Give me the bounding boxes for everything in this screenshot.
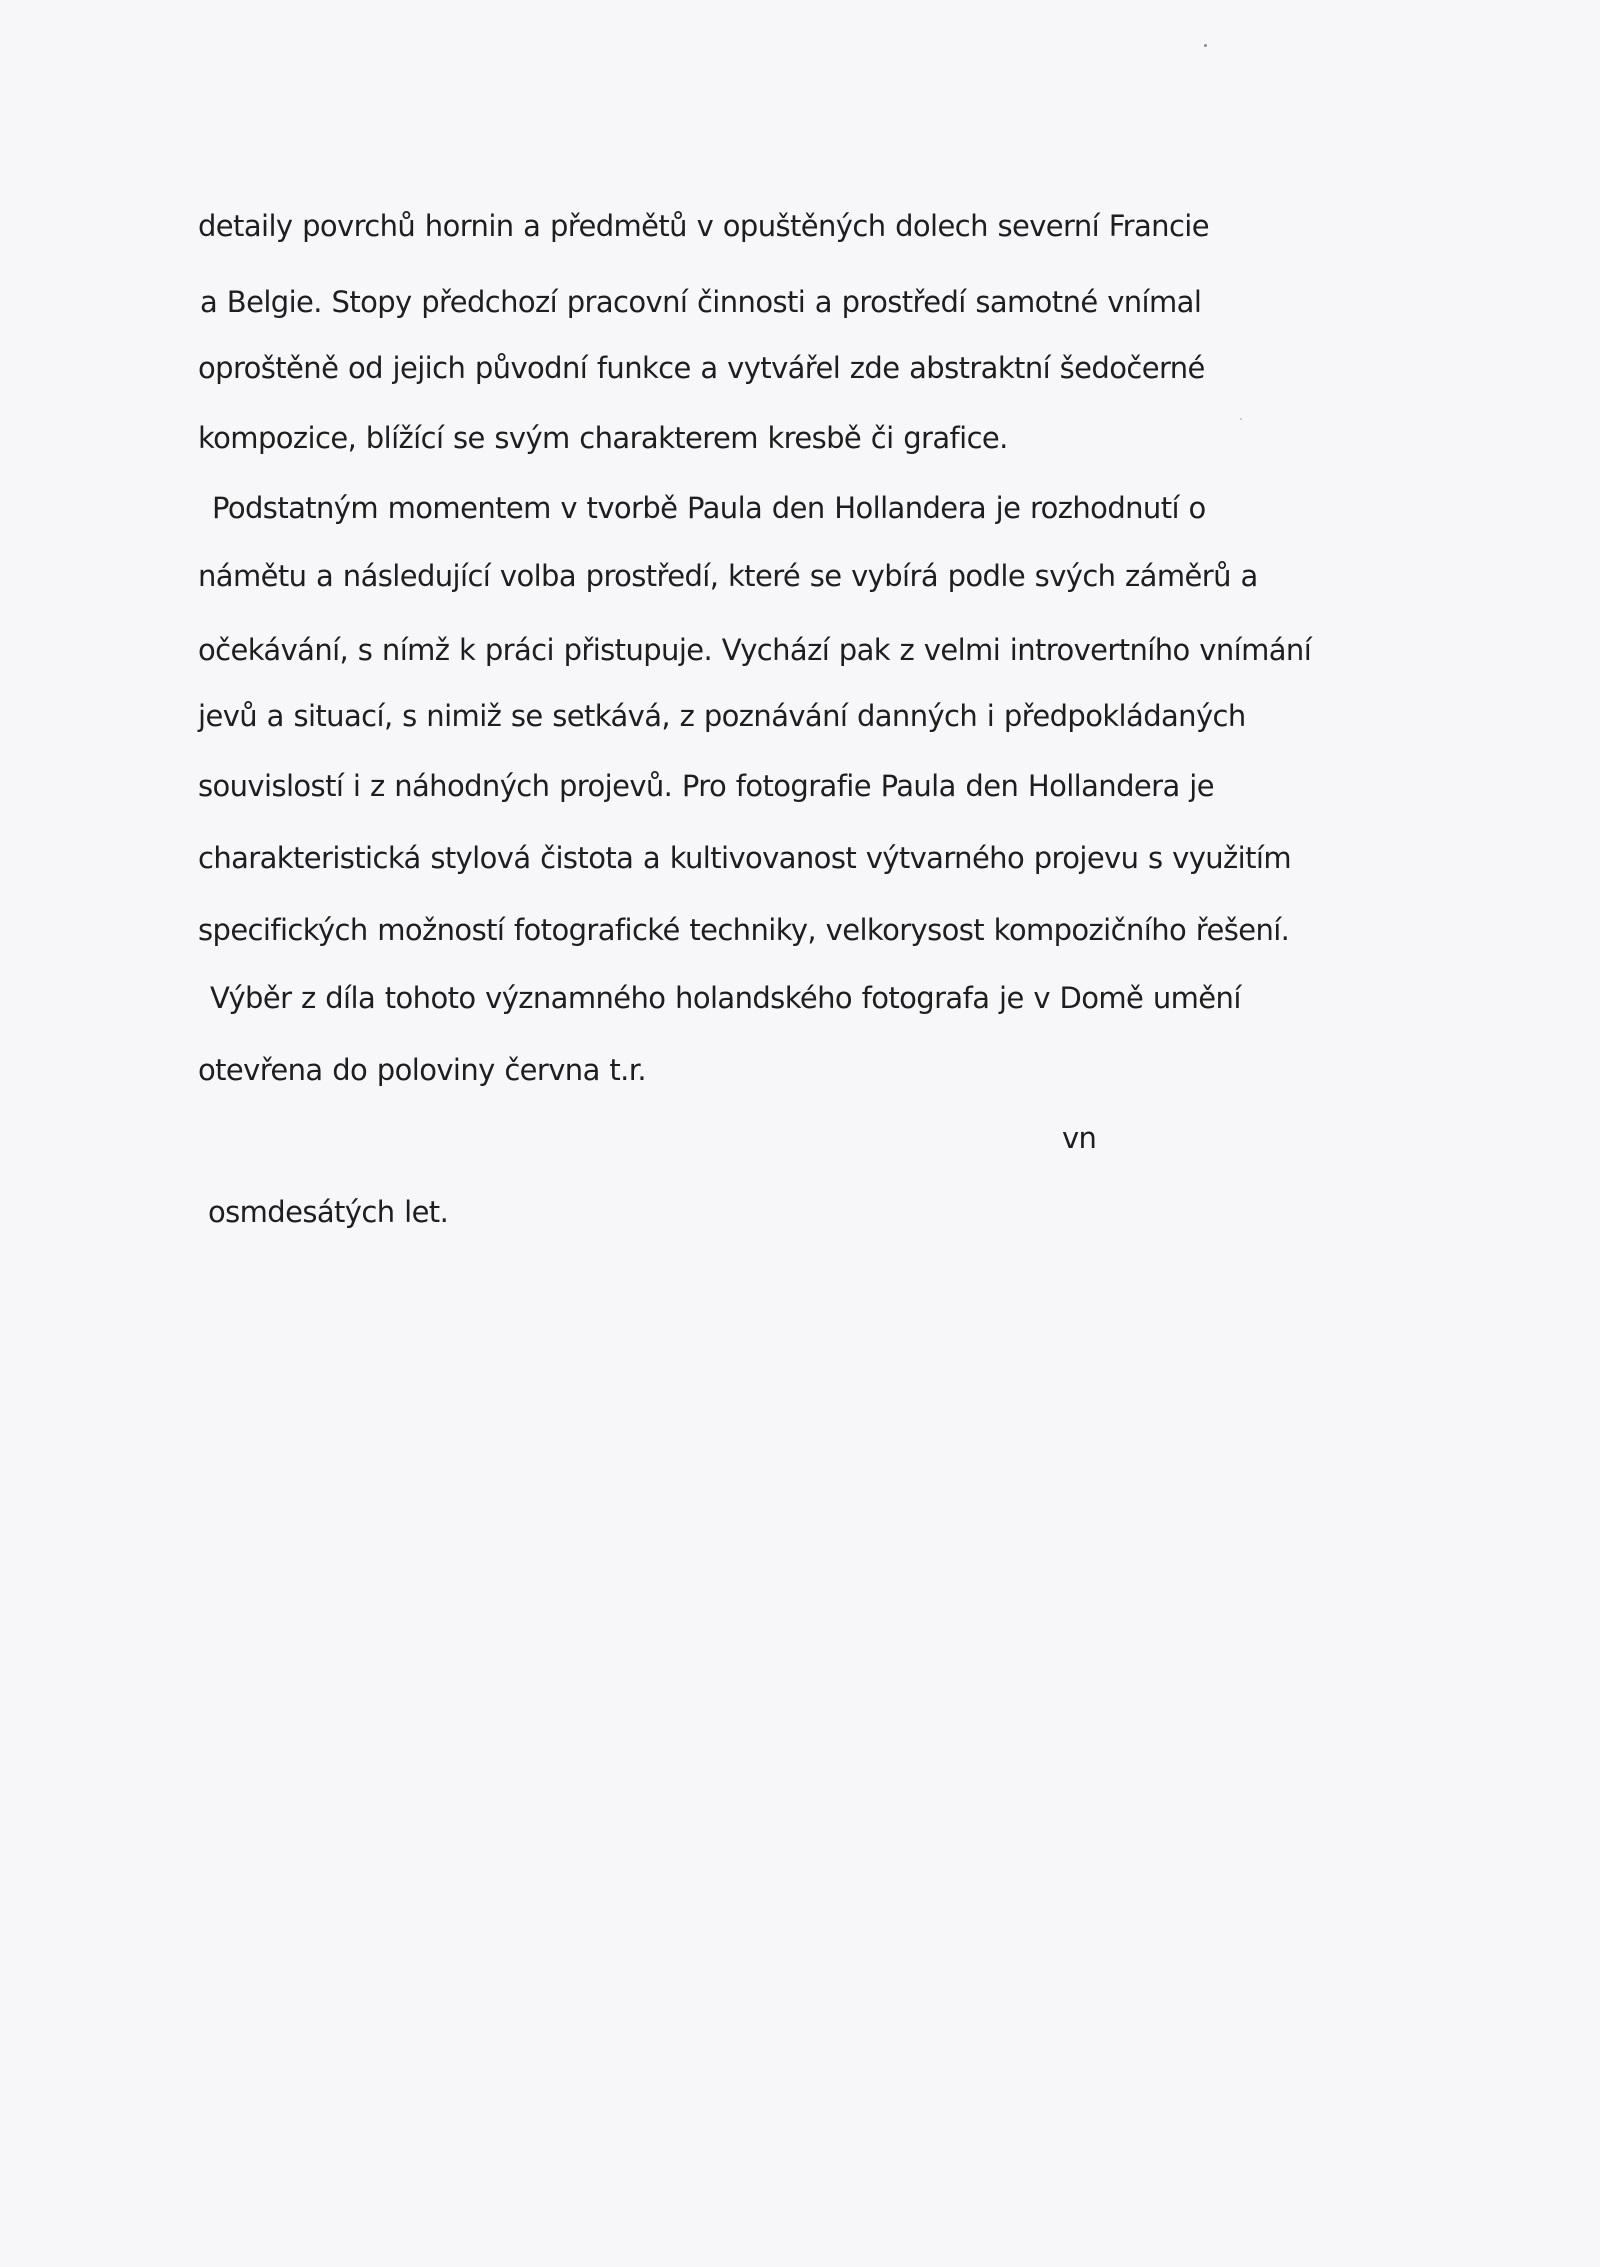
scan-speck — [1240, 418, 1242, 420]
text-line-2: a Belgie. Stopy předchozí pracovní činno… — [200, 288, 1201, 317]
initials-signature: vn — [1062, 1124, 1096, 1153]
text-line-4: kompozice, blížící se svým charakterem k… — [198, 424, 1008, 453]
text-line-3: oproštěně od jejich původní funkce a vyt… — [198, 354, 1205, 383]
text-line-5: Podstatným momentem v tvorbě Paula den H… — [212, 494, 1206, 523]
text-line-7: očekávání, s nímž k práci přistupuje. Vy… — [198, 636, 1311, 665]
scan-speck — [1204, 44, 1207, 47]
text-line-9: souvislostí i z náhodných projevů. Pro f… — [198, 772, 1214, 801]
text-line-15: osmdesátých let. — [208, 1198, 448, 1227]
scanned-document-page: detaily povrchů hornin a předmětů v opuš… — [0, 0, 1600, 2267]
text-line-12: Výběr z díla tohoto významného holandské… — [210, 984, 1241, 1013]
text-line-10: charakteristická stylová čistota a kulti… — [198, 844, 1291, 873]
text-line-8: jevů a situací, s nimiž se setkává, z po… — [198, 702, 1246, 731]
text-line-6: námětu a následující volba prostředí, kt… — [198, 562, 1258, 591]
text-line-1: detaily povrchů hornin a předmětů v opuš… — [198, 212, 1209, 241]
text-line-13: otevřena do poloviny června t.r. — [198, 1056, 646, 1085]
text-line-11: specifických možností fotografické techn… — [198, 916, 1289, 945]
